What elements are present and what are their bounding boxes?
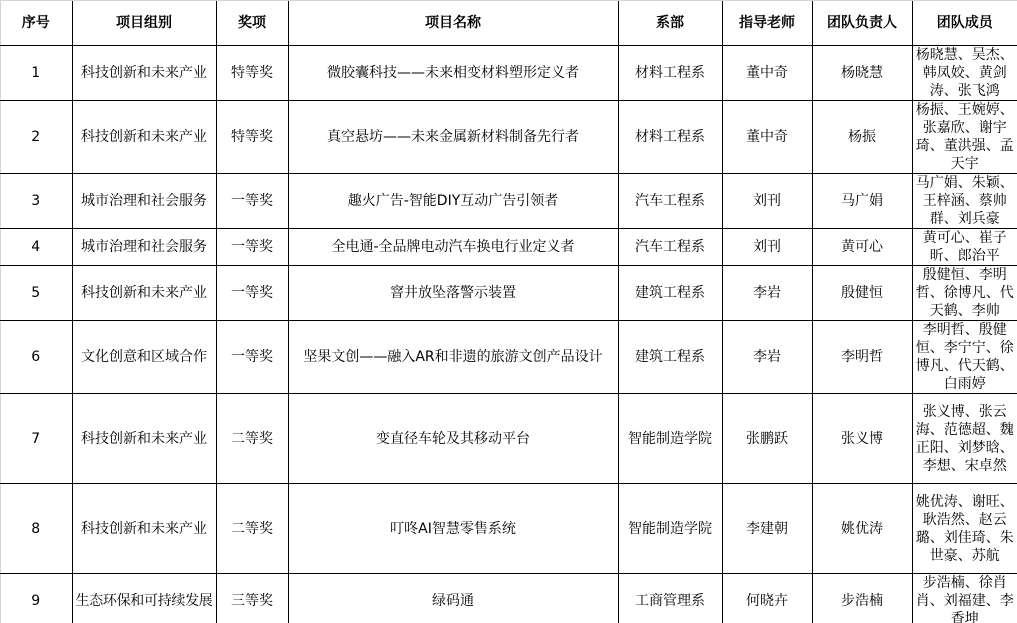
cell-department: 智能制造学院 (618, 484, 722, 574)
cell-members: 杨晓慧、吴杰、韩凤姣、黄剑涛、张飞鸿 (912, 46, 1017, 101)
cell-leader: 殷健恒 (812, 266, 912, 321)
header-leader: 团队负责人 (812, 1, 912, 46)
cell-leader: 杨振 (812, 101, 912, 174)
header-project: 项目名称 (288, 1, 618, 46)
awards-table: 序号 项目组别 奖项 项目名称 系部 指导老师 团队负责人 团队成员 1 科技创… (0, 1, 1017, 623)
cell-project: 趣火广告-智能DIY互动广告引领者 (288, 174, 618, 229)
cell-seq: 4 (0, 229, 72, 266)
cell-members: 姚优涛、谢旺、耿浩然、赵云璐、刘佳琦、朱世豪、苏航 (912, 484, 1017, 574)
cell-members: 殷健恒、李明哲、徐博凡、代天鹤、李帅 (912, 266, 1017, 321)
cell-advisor: 张鹏跃 (722, 394, 812, 484)
cell-seq: 8 (0, 484, 72, 574)
cell-members: 李明哲、殷健恒、李宁宁、徐博凡、代天鹤、白雨婷 (912, 321, 1017, 394)
cell-seq: 6 (0, 321, 72, 394)
cell-group: 科技创新和未来产业 (72, 46, 216, 101)
header-department: 系部 (618, 1, 722, 46)
cell-department: 汽车工程系 (618, 174, 722, 229)
cell-award: 二等奖 (216, 484, 288, 574)
header-seq: 序号 (0, 1, 72, 46)
cell-seq: 9 (0, 574, 72, 623)
header-members: 团队成员 (912, 1, 1017, 46)
cell-group: 科技创新和未来产业 (72, 266, 216, 321)
cell-group: 城市治理和社会服务 (72, 229, 216, 266)
cell-members: 步浩楠、徐肖肖、刘福建、李香坤 (912, 574, 1017, 623)
cell-advisor: 李岩 (722, 321, 812, 394)
cell-leader: 姚优涛 (812, 484, 912, 574)
cell-advisor: 刘刊 (722, 174, 812, 229)
cell-seq: 3 (0, 174, 72, 229)
table-row: 6 文化创意和区域合作 一等奖 坚果文创——融入AR和非遗的旅游文创产品设计 建… (0, 321, 1017, 394)
cell-members: 马广娟、朱颖、王梓涵、蔡帅群、刘兵豪 (912, 174, 1017, 229)
cell-award: 特等奖 (216, 46, 288, 101)
table-row: 3 城市治理和社会服务 一等奖 趣火广告-智能DIY互动广告引领者 汽车工程系 … (0, 174, 1017, 229)
cell-department: 材料工程系 (618, 101, 722, 174)
cell-leader: 杨晓慧 (812, 46, 912, 101)
header-award: 奖项 (216, 1, 288, 46)
cell-advisor: 董中奇 (722, 46, 812, 101)
cell-group: 科技创新和未来产业 (72, 101, 216, 174)
cell-advisor: 李岩 (722, 266, 812, 321)
table-row: 9 生态环保和可持续发展 三等奖 绿码通 工商管理系 何晓卉 步浩楠 步浩楠、徐… (0, 574, 1017, 623)
cell-department: 工商管理系 (618, 574, 722, 623)
header-advisor: 指导老师 (722, 1, 812, 46)
cell-award: 一等奖 (216, 266, 288, 321)
cell-leader: 马广娟 (812, 174, 912, 229)
cell-project: 微胶囊科技——未来相变材料塑形定义者 (288, 46, 618, 101)
cell-members: 张义博、张云海、范德超、魏正阳、刘梦晗、李想、宋卓然 (912, 394, 1017, 484)
cell-project: 绿码通 (288, 574, 618, 623)
cell-group: 科技创新和未来产业 (72, 394, 216, 484)
cell-project: 窨井放坠落警示装置 (288, 266, 618, 321)
cell-department: 材料工程系 (618, 46, 722, 101)
cell-project: 变直径车轮及其移动平台 (288, 394, 618, 484)
cell-project: 全电通-全品牌电动汽车换电行业定义者 (288, 229, 618, 266)
cell-group: 城市治理和社会服务 (72, 174, 216, 229)
cell-seq: 5 (0, 266, 72, 321)
cell-members: 杨振、王婉婷、张嘉欣、谢宇琦、董洪强、孟天宇 (912, 101, 1017, 174)
cell-project: 真空悬坊——未来金属新材料制备先行者 (288, 101, 618, 174)
cell-advisor: 刘刊 (722, 229, 812, 266)
cell-project: 坚果文创——融入AR和非遗的旅游文创产品设计 (288, 321, 618, 394)
cell-group: 科技创新和未来产业 (72, 484, 216, 574)
cell-seq: 1 (0, 46, 72, 101)
cell-advisor: 何晓卉 (722, 574, 812, 623)
cell-advisor: 李建朝 (722, 484, 812, 574)
cell-group: 生态环保和可持续发展 (72, 574, 216, 623)
cell-leader: 黄可心 (812, 229, 912, 266)
cell-award: 三等奖 (216, 574, 288, 623)
table-row: 7 科技创新和未来产业 二等奖 变直径车轮及其移动平台 智能制造学院 张鹏跃 张… (0, 394, 1017, 484)
table-row: 1 科技创新和未来产业 特等奖 微胶囊科技——未来相变材料塑形定义者 材料工程系… (0, 46, 1017, 101)
header-row: 序号 项目组别 奖项 项目名称 系部 指导老师 团队负责人 团队成员 (0, 1, 1017, 46)
cell-members: 黄可心、崔子昕、郎治平 (912, 229, 1017, 266)
cell-seq: 2 (0, 101, 72, 174)
cell-leader: 张义博 (812, 394, 912, 484)
cell-advisor: 董中奇 (722, 101, 812, 174)
cell-department: 汽车工程系 (618, 229, 722, 266)
cell-award: 一等奖 (216, 229, 288, 266)
cell-award: 一等奖 (216, 321, 288, 394)
cell-project: 叮咚AI智慧零售系统 (288, 484, 618, 574)
table-row: 8 科技创新和未来产业 二等奖 叮咚AI智慧零售系统 智能制造学院 李建朝 姚优… (0, 484, 1017, 574)
cell-seq: 7 (0, 394, 72, 484)
cell-department: 建筑工程系 (618, 321, 722, 394)
cell-group: 文化创意和区域合作 (72, 321, 216, 394)
cell-award: 二等奖 (216, 394, 288, 484)
cell-department: 建筑工程系 (618, 266, 722, 321)
cell-award: 特等奖 (216, 101, 288, 174)
table-row: 4 城市治理和社会服务 一等奖 全电通-全品牌电动汽车换电行业定义者 汽车工程系… (0, 229, 1017, 266)
cell-award: 一等奖 (216, 174, 288, 229)
cell-leader: 李明哲 (812, 321, 912, 394)
cell-department: 智能制造学院 (618, 394, 722, 484)
header-group: 项目组别 (72, 1, 216, 46)
table-row: 5 科技创新和未来产业 一等奖 窨井放坠落警示装置 建筑工程系 李岩 殷健恒 殷… (0, 266, 1017, 321)
cell-leader: 步浩楠 (812, 574, 912, 623)
table-row: 2 科技创新和未来产业 特等奖 真空悬坊——未来金属新材料制备先行者 材料工程系… (0, 101, 1017, 174)
